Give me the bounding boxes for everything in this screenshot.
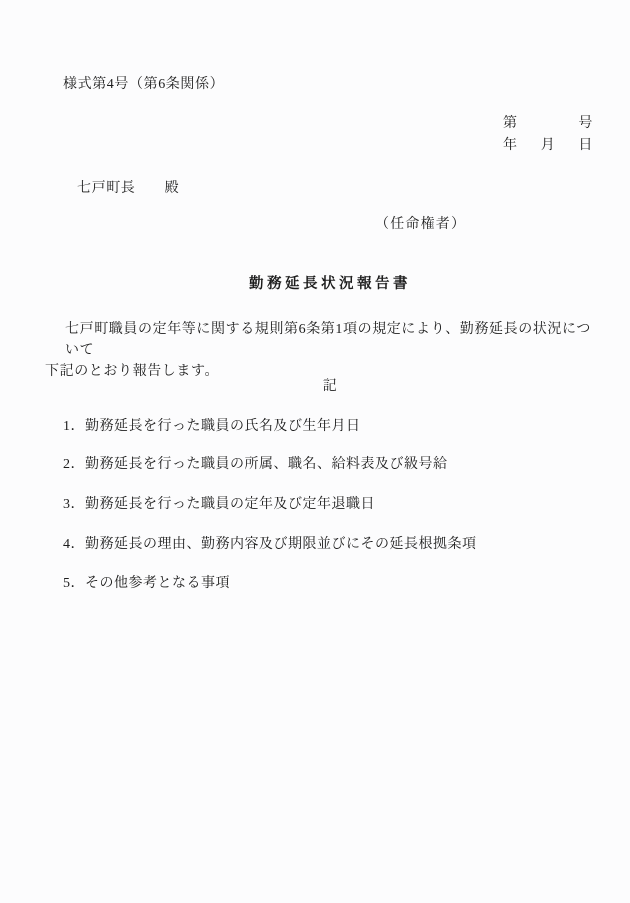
number-prefix-label: 第 bbox=[503, 113, 518, 135]
list-item-5: 5．その他参考となる事項 bbox=[63, 574, 230, 594]
addressee-line: 七戸町長 殿 bbox=[77, 179, 179, 199]
number-suffix-label: 号 bbox=[578, 113, 593, 135]
ki-heading: 記 bbox=[0, 377, 630, 397]
appointing-authority-label: （任命権者） bbox=[375, 215, 466, 235]
body-paragraph-line-1: 七戸町職員の定年等に関する規則第6条第1項の規定により、勤務延長の状況について bbox=[45, 319, 605, 361]
date-day-label: 日 bbox=[578, 135, 593, 157]
date-year-label: 年 bbox=[503, 135, 518, 157]
document-title: 勤務延長状況報告書 bbox=[0, 274, 630, 294]
document-number-line: 第 号 bbox=[503, 113, 593, 135]
list-item-4: 4．勤務延長の理由、勤務内容及び期限並びにその延長根拠条項 bbox=[63, 535, 477, 555]
body-paragraph: 七戸町職員の定年等に関する規則第6条第1項の規定により、勤務延長の状況について … bbox=[45, 319, 605, 382]
document-page: 様式第4号（第6条関係） 第 号 年 月 日 七戸町長 殿 （任命権者） 勤務延… bbox=[0, 0, 630, 903]
list-item-3: 3．勤務延長を行った職員の定年及び定年退職日 bbox=[63, 495, 375, 515]
document-number-date-block: 第 号 年 月 日 bbox=[503, 113, 593, 157]
list-item-1: 1．勤務延長を行った職員の氏名及び生年月日 bbox=[63, 417, 361, 437]
date-month-label: 月 bbox=[541, 135, 556, 157]
date-line: 年 月 日 bbox=[503, 135, 593, 157]
form-number-label: 様式第4号（第6条関係） bbox=[63, 75, 224, 95]
list-item-2: 2．勤務延長を行った職員の所属、職名、給料表及び級号給 bbox=[63, 455, 448, 475]
